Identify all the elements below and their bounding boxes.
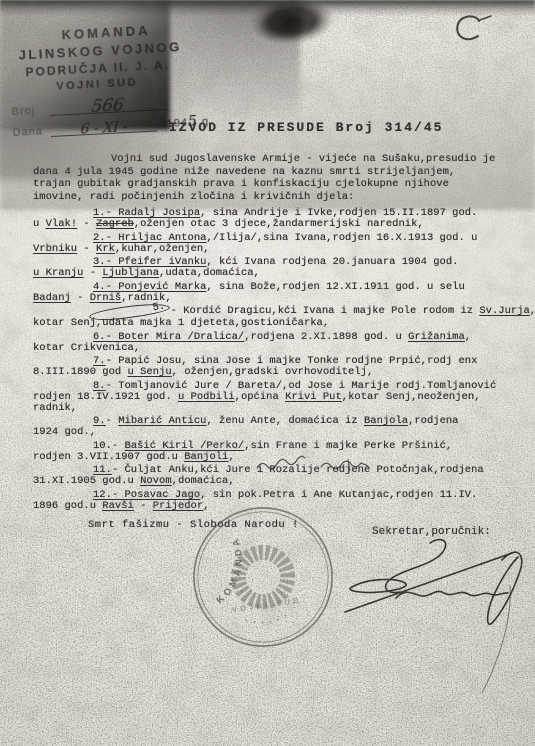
list-item: 6.- Boter Mira /Dralica/,rodjena 2.XI.18… <box>33 332 519 354</box>
item-text: ,sin Frane i majke Perke Pršinić, <box>244 440 452 452</box>
item-text: Badanj <box>33 292 71 304</box>
item-line: 31.XI.1905 god.u Novom,domaćica, <box>33 476 519 487</box>
list-item: 8.- Tomljanović Jure / Bareta/,od Jose i… <box>33 381 519 414</box>
item-text: ,kotar Senj,neoženjen, <box>342 391 481 403</box>
item-line: rodjen 18.IV.1921 god. u Podbili,općina … <box>33 392 519 403</box>
item-text: Ravši <box>102 500 134 512</box>
item-text: Krk <box>96 243 115 255</box>
page-title: IZVOD IZ PRESUDE Broj 314/45 <box>169 120 519 135</box>
item-line: Vrbniku - Krk,kuhar,oženjen, <box>33 244 519 255</box>
intro-line: dana 4 jula 1945 godine niže navedene na… <box>33 166 519 179</box>
item-text: u Podbili <box>178 391 235 403</box>
item-line: radnik, <box>33 403 519 414</box>
item-text: Drniš <box>90 292 122 304</box>
item-text: u Kranju <box>33 267 83 279</box>
list-item: 2.- Hriljac Antona,/Ilija/,sina Ivana,ro… <box>33 233 519 255</box>
item-text: Krivi Put <box>285 391 342 403</box>
coat-of-arms-smudge-icon <box>244 0 339 51</box>
item-text: - Kordić Dragicu,kći Ivana i majke Pole … <box>171 305 480 317</box>
list-item: 12.- Posavac Jago, sin pok.Petra i Ane K… <box>33 490 519 512</box>
item-text: Vlak! <box>46 218 78 230</box>
item-text: - <box>83 267 102 279</box>
item-text: - <box>106 415 119 427</box>
item-text: Vrbniku <box>33 243 77 255</box>
item-text: , sin pok.Petra i Ane Kutanjac,rodjen 11… <box>200 489 477 501</box>
item-text: 1924 god., <box>33 426 96 438</box>
signature <box>330 515 535 715</box>
item-text: Grižanima <box>408 331 465 343</box>
item-text: rodjen 3.VII.1907 god.u <box>33 451 184 463</box>
item-text: Sv.Jurja <box>479 305 529 317</box>
item-line: 9.- Mibarić Anticu, ženu Ante, domaćica … <box>33 416 519 427</box>
item-text: , oženjen,gradski ovrhovoditelj, <box>172 366 374 378</box>
intro-line: Vojni sud Jugoslavenske Armije - vijeće … <box>33 153 519 166</box>
item-line: u Kranju - Ljubljana,udata,domaćica, <box>33 268 519 279</box>
item-text: ,općina <box>235 391 285 403</box>
item-text: - <box>134 500 153 512</box>
item-line: kotar Crikvenica, <box>33 343 519 354</box>
handwritten-annotation <box>253 455 388 475</box>
item-text: u Senju <box>128 366 172 378</box>
item-text: u <box>33 218 46 230</box>
broj-handwritten-value: 566 <box>91 97 126 116</box>
item-text: , <box>203 500 209 512</box>
item-text: - <box>77 243 96 255</box>
item-text: ,kuhar,oženjen, <box>115 243 210 255</box>
document-page: KOMANDA JLINSKOG VOJNOG PODRUČJA II. J. … <box>0 0 535 746</box>
item-text: 8.III.1890 god <box>33 366 128 378</box>
intro-paragraph: Vojni sud Jugoslavenske Armije - vijeće … <box>33 153 519 203</box>
item-text: radnik, <box>33 402 77 414</box>
item-text: ,rodjena 2.XI.1898 god. u <box>244 331 408 343</box>
item-text: , <box>228 451 234 463</box>
list-item: 1.- Radalj Josipa, sina Andrije i Ivke,r… <box>33 208 519 230</box>
item-text: ,/Ilija/,sina Ivana,rodjen 16.X.1913 god… <box>206 232 477 244</box>
item-text: Zagreb <box>96 218 134 230</box>
item-text: kotar Crikvenica, <box>33 342 140 354</box>
item-text: Prijedor <box>153 500 203 512</box>
intro-line: trajan gubitak gradjanskih prava i konfi… <box>33 178 519 191</box>
stamp-ring-text: KOMANDA <box>206 534 250 606</box>
item-line: 1896 god.u Ravši - Prijedor, <box>33 501 519 512</box>
item-text: ,rodjena <box>408 415 458 427</box>
svg-text:KOMANDA: KOMANDA <box>206 534 250 606</box>
item-text: ,domaćica, <box>172 475 235 487</box>
item-text: , <box>530 305 535 317</box>
item-text: ,oženjen otac 3 djece,žandarmerijski nar… <box>134 218 424 230</box>
item-text: Banjoli <box>184 451 228 463</box>
item-text: Novom <box>140 475 172 487</box>
item-line: 8.III.1890 god u Senju, oženjen,gradski … <box>33 367 519 378</box>
item-text: , ženu Ante, domaćica iz <box>206 415 364 427</box>
item-text: , <box>465 331 471 343</box>
list-item: 9.- Mibarić Anticu, ženu Ante, domaćica … <box>33 416 519 438</box>
item-text: ,udata,domaćica, <box>159 267 260 279</box>
item-text: kotar Senj,udata majka 1 djeteta,gostion… <box>33 317 329 329</box>
handwritten-c-mark <box>448 8 494 50</box>
list-item: 5.- Kordić Dragicu,kći Ivana i majke Pol… <box>33 306 519 329</box>
item-line: 1924 god., <box>33 427 519 438</box>
item-text: 1896 god.u <box>33 500 102 512</box>
broj-rule: 566 <box>48 92 167 116</box>
signature-caption: Sekretar,poručnik: <box>372 526 491 538</box>
broj-label: Broj <box>11 105 35 118</box>
intro-line: imovine, radi počinjenih zločina i krivi… <box>33 191 519 204</box>
item-line: Badanj - Drniš,radnik, <box>33 293 519 304</box>
list-item: 7.- Papić Josu, sina Jose i majke Tonke … <box>33 356 519 378</box>
item-text: Ljubljana <box>102 267 159 279</box>
item-text: Banjola <box>364 415 408 427</box>
item-line: u Vlak! - Zagreb,oženjen otac 3 djece,ža… <box>33 219 519 230</box>
item-text: - <box>71 292 90 304</box>
item-text: Mibarić Anticu <box>118 415 206 427</box>
item-text: , sina Bože,rodjen 12.XI.1911 god. u sel… <box>206 281 464 293</box>
list-item: 3.- Pfeifer iVanku, kći Ivana rodjena 20… <box>33 257 519 279</box>
list-item: 4.- Ponjević Marka, sina Bože,rodjen 12.… <box>33 282 519 304</box>
item-text: - <box>77 218 96 230</box>
item-text: 31.XI.1905 god.u <box>33 475 140 487</box>
